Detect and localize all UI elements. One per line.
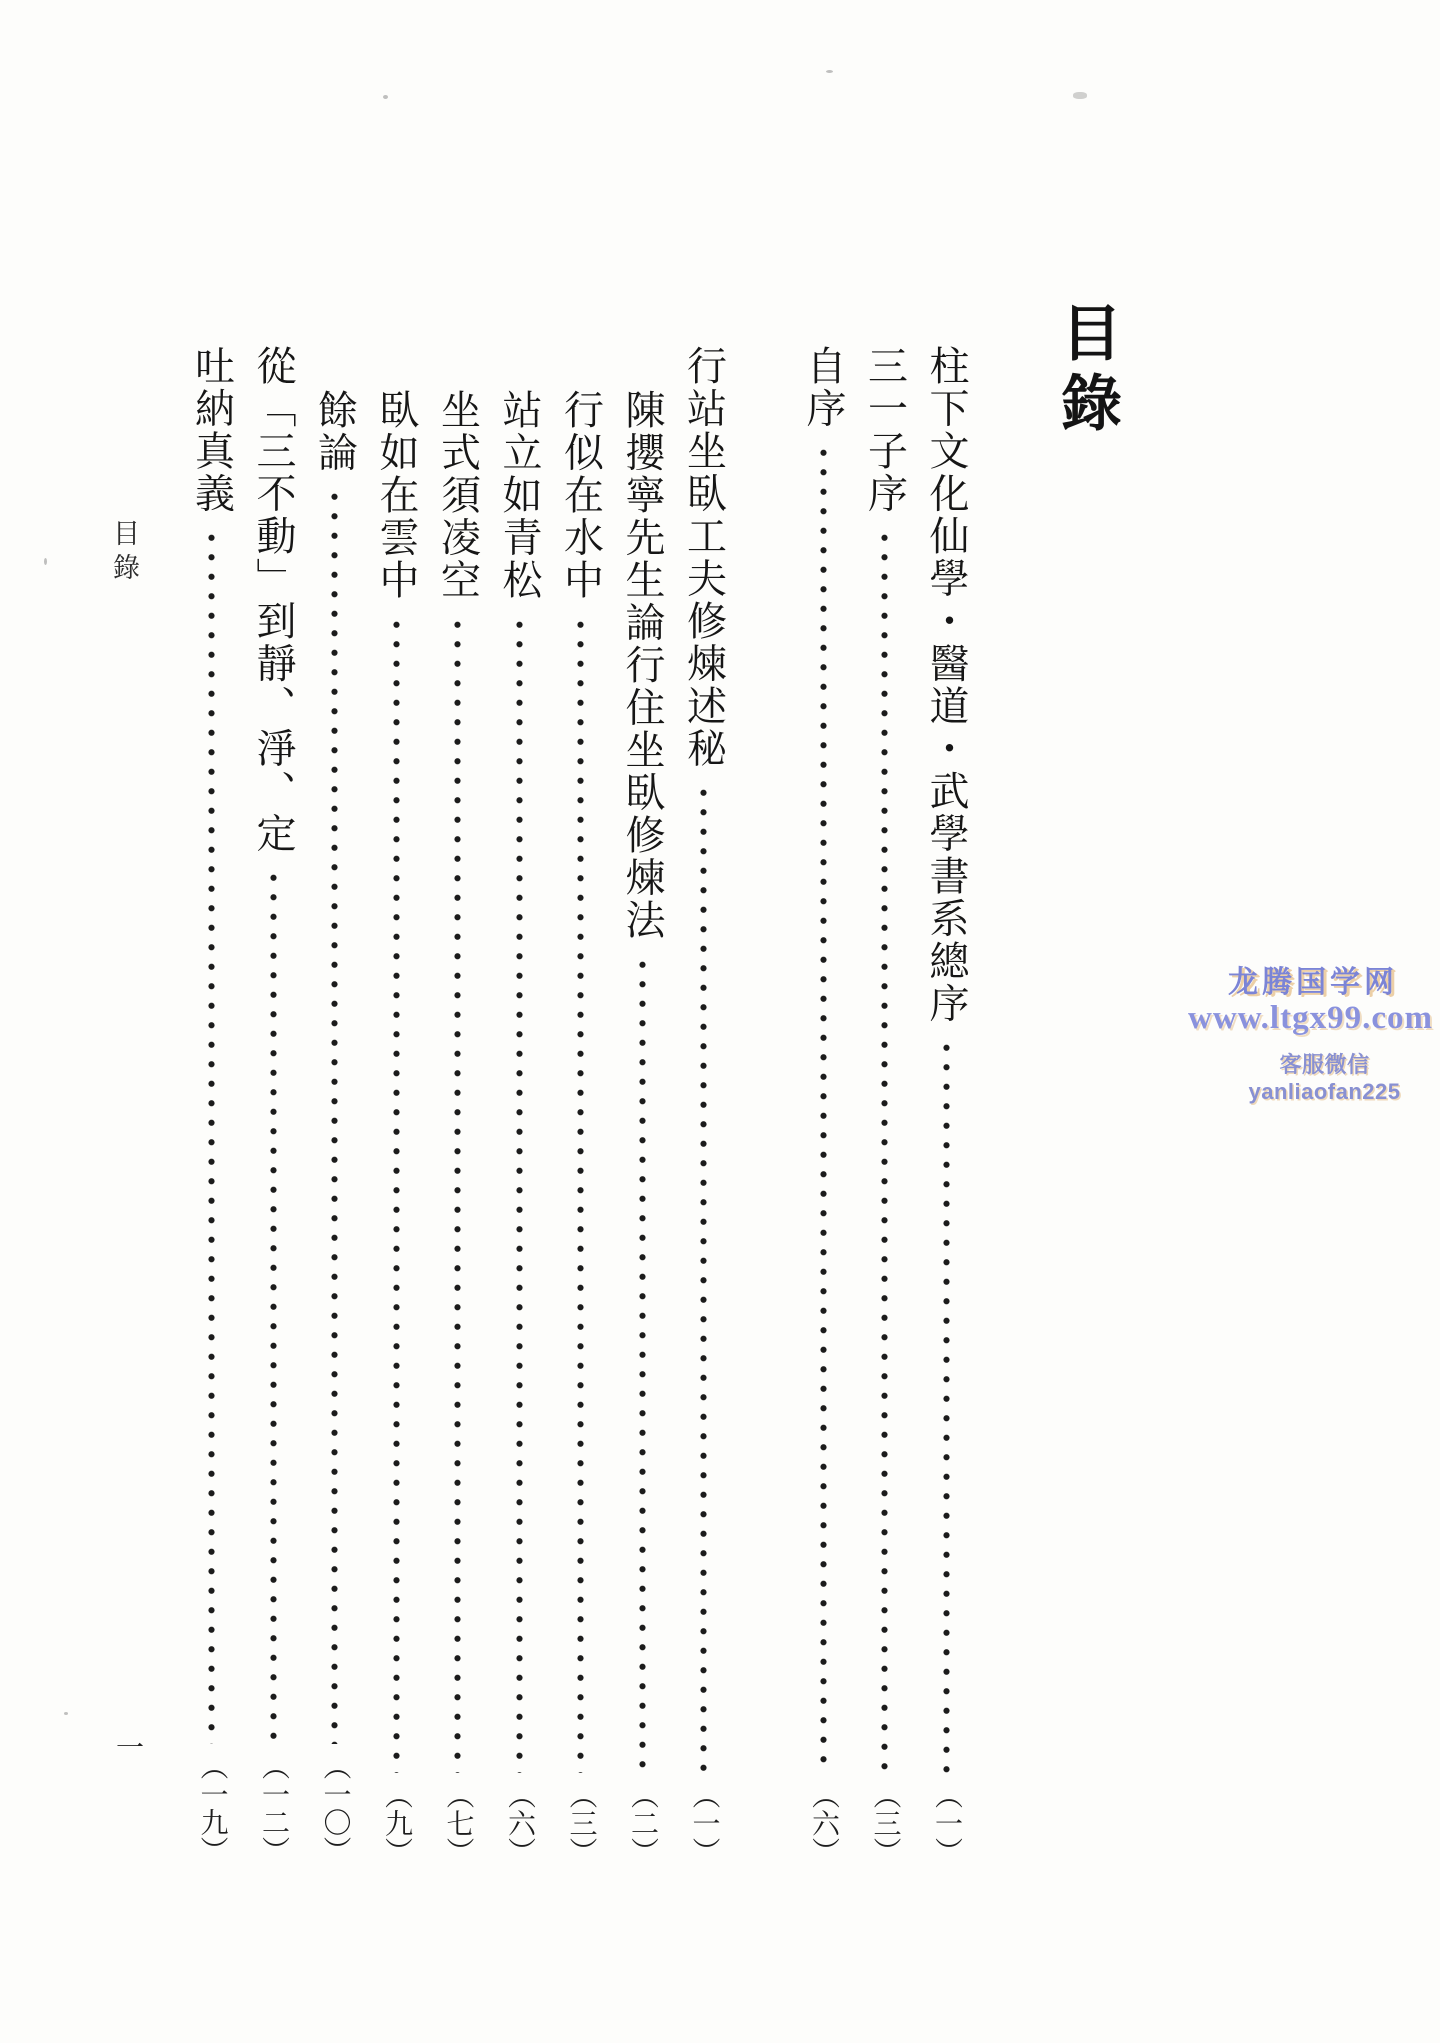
page-title: 目錄: [1042, 301, 1129, 441]
dot-leader: [516, 615, 523, 1774]
toc-entry-page: （六）: [496, 1781, 542, 1872]
toc-entry: 行似在水中 （三）: [558, 389, 604, 1872]
dot-leader: [820, 443, 827, 1773]
toc-entry-page: （二）: [619, 1781, 665, 1872]
scan-speck: [44, 558, 47, 565]
scan-speck: [64, 1712, 68, 1715]
toc-entry-title: 陳攖寧先生論行住坐臥修煉法: [619, 389, 665, 942]
toc-entry-title: 行似在水中: [558, 389, 604, 602]
scanned-toc-page: 目錄 目錄 一 柱下文化仙學・醫道・武學書系總序 （一） 三一子序 （三） 自序…: [0, 0, 1440, 2043]
scan-speck: [826, 70, 833, 73]
watermark-contact: 客服微信 yanliaofan225: [1209, 1048, 1440, 1105]
dot-leader: [331, 487, 338, 1744]
toc-entry-title: 柱下文化仙學・醫道・武學書系總序: [923, 345, 969, 1025]
toc-entry-title: 從「三不動」到靜、淨、定: [250, 345, 296, 855]
toc-entry-page: （一二）: [250, 1752, 296, 1872]
toc-entry: 臥如在雲中 （九）: [373, 389, 419, 1872]
toc-entry-page: （一）: [923, 1781, 969, 1872]
dot-leader: [881, 528, 888, 1773]
toc-entry: 柱下文化仙學・醫道・武學書系總序 （一）: [923, 345, 969, 1872]
toc-entry: 坐式須凌空 （七）: [435, 389, 481, 1872]
toc-entry: 吐納真義 （一九）: [189, 345, 235, 1872]
toc-entry-page: （七）: [435, 1781, 481, 1872]
toc-entry-page: （九）: [373, 1781, 419, 1872]
dot-leader: [454, 615, 461, 1774]
toc-entry-page: （一九）: [189, 1752, 235, 1872]
toc-entry: 自序 （六）: [800, 345, 846, 1872]
toc-entry-title: 坐式須凌空: [435, 389, 481, 602]
toc-entry-page: （六）: [800, 1781, 846, 1872]
toc-entry-page: （三）: [862, 1781, 908, 1872]
toc-entry-title: 餘論: [312, 389, 358, 474]
scan-speck: [1073, 92, 1087, 99]
toc-entry-page: （一）: [681, 1781, 727, 1872]
toc-entry-page: （一〇）: [312, 1752, 358, 1872]
toc-entry-title: 行站坐臥工夫修煉述秘: [681, 345, 727, 770]
scan-speck: [383, 95, 388, 99]
toc-entry-title: 自序: [800, 345, 846, 430]
toc-entry: 三一子序 （三）: [862, 345, 908, 1872]
dot-leader: [943, 1038, 950, 1773]
dot-leader: [393, 615, 400, 1774]
toc-entry-page: （三）: [558, 1781, 604, 1872]
watermark-url: www.ltgx99.com: [1188, 1000, 1433, 1037]
dot-leader: [639, 955, 646, 1774]
toc-entry-title: 站立如青松: [496, 389, 542, 602]
toc-entry: 陳攖寧先生論行住坐臥修煉法 （二）: [619, 389, 665, 1872]
dot-leader: [577, 615, 584, 1774]
watermark-site-name: 龙腾国学网: [1228, 957, 1398, 1001]
toc-entry-title: 吐納真義: [189, 345, 235, 515]
toc-entry-title: 三一子序: [862, 345, 908, 515]
dot-leader: [208, 528, 215, 1744]
toc-entry: 站立如青松 （六）: [496, 389, 542, 1872]
toc-entry: 行站坐臥工夫修煉述秘 （一）: [681, 345, 727, 1872]
dot-leader: [700, 783, 707, 1773]
toc-entry: 餘論 （一〇）: [312, 389, 358, 1872]
folio-page-number: 一: [116, 1726, 144, 1766]
toc-entry-title: 臥如在雲中: [373, 389, 419, 602]
dot-leader: [270, 868, 277, 1744]
margin-running-title: 目錄: [105, 519, 144, 587]
toc-entry: 從「三不動」到靜、淨、定 （一二）: [250, 345, 296, 1872]
